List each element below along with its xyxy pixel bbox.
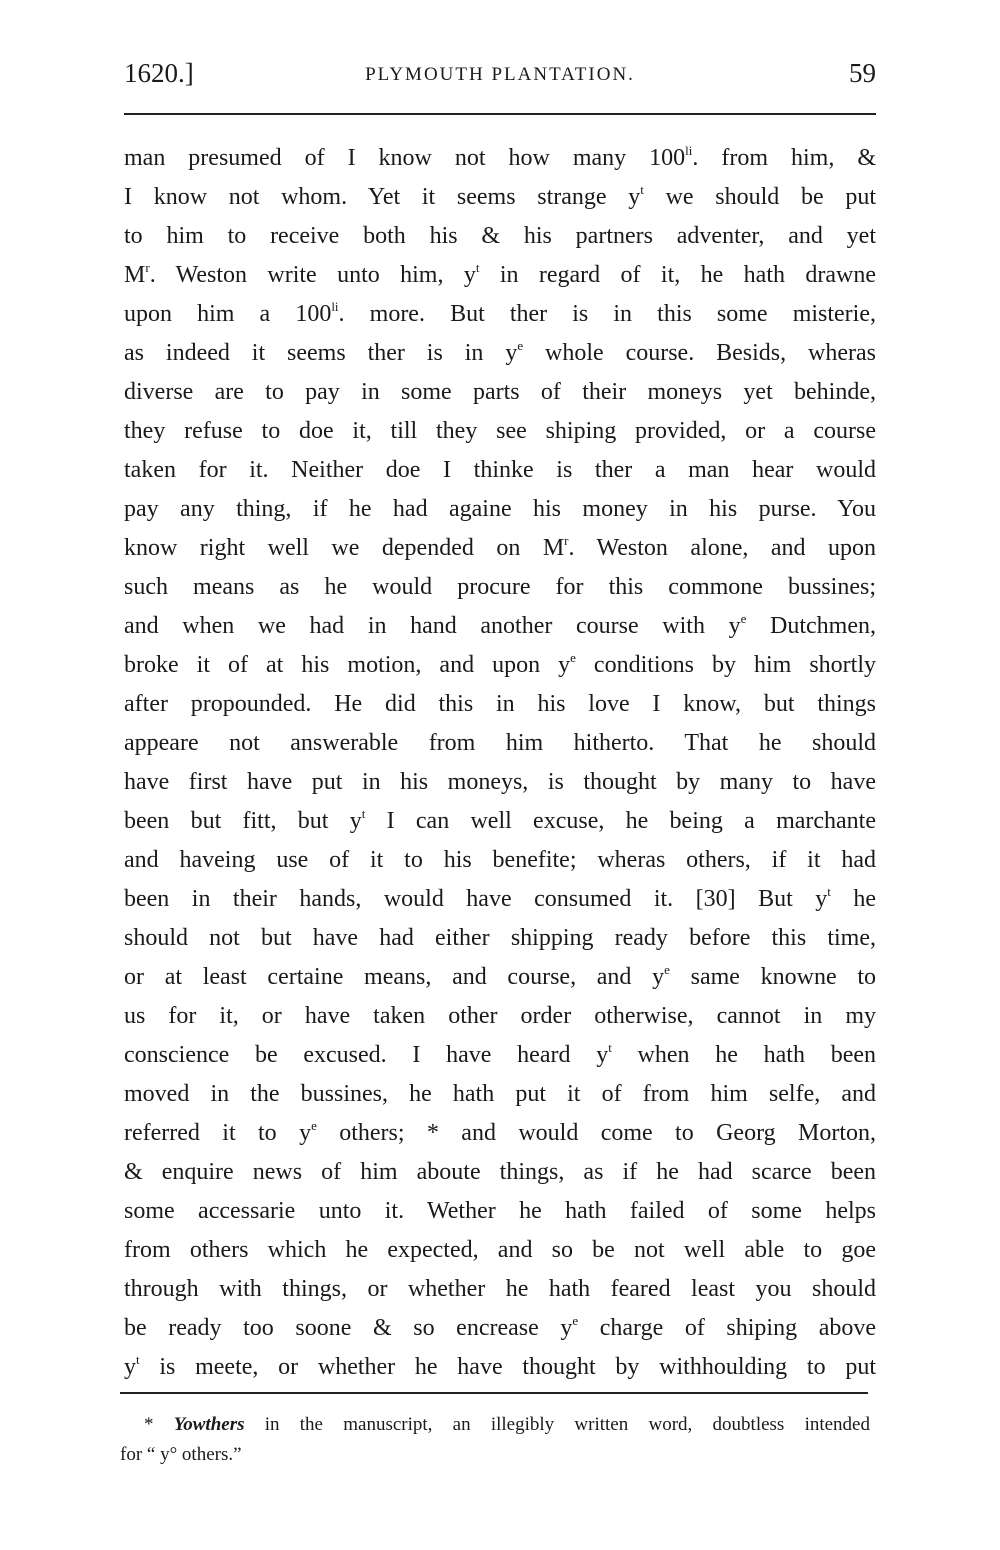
text-line: taken for it. Neither doe I thinke is th… [124,451,876,490]
text-line: yt is meete, or whether he have thought … [124,1348,876,1387]
footnote-marker: * [144,1414,154,1435]
text-line: after propounded. He did this in his lov… [124,685,876,724]
text-line: have first have put in his moneys, is th… [124,763,876,802]
running-head: 1620.] PLYMOUTH PLANTATION. 59 [124,58,876,98]
text-line: been in their hands, would have consumed… [124,880,876,919]
text-line: such means as he would procure for this … [124,568,876,607]
text-line: and haveing use of it to his benefite; w… [124,841,876,880]
text-line: referred it to ye others; * and would co… [124,1114,876,1153]
body-text: man presumed of I know not how many 100l… [124,139,876,1387]
text-line: I know not whom. Yet it seems strange yt… [124,178,876,217]
text-line: know right well we depended on Mr. Westo… [124,529,876,568]
text-line: as indeed it seems ther is in ye whole c… [124,334,876,373]
text-line: or at least certaine means, and course, … [124,958,876,997]
text-line: be ready too soone & so encrease ye char… [124,1309,876,1348]
text-line: pay any thing, if he had againe his mone… [124,490,876,529]
text-line: & enquire news of him aboute things, as … [124,1153,876,1192]
text-line: broke it of at his motion, and upon ye c… [124,646,876,685]
text-line: Mr. Weston write unto him, yt in regard … [124,256,876,295]
text-line: from others which he expected, and so be… [124,1231,876,1270]
footnote: * Yowthers in the manuscript, an illegib… [120,1410,870,1470]
text-line: and when we had in hand another course w… [124,607,876,646]
footnote-rule [120,1392,868,1394]
page-title: PLYMOUTH PLANTATION. [124,64,876,86]
footnote-line-2: for “ y° others.” [120,1444,242,1465]
header-rule [124,113,876,115]
text-line: some accessarie unto it. Wether he hath … [124,1192,876,1231]
text-line: upon him a 100li. more. But ther is in t… [124,295,876,334]
text-line: appeare not answerable from him hitherto… [124,724,876,763]
text-line: conscience be excused. I have heard yt w… [124,1036,876,1075]
text-line: man presumed of I know not how many 100l… [124,139,876,178]
text-line: been but fitt, but yt I can well excuse,… [124,802,876,841]
text-line: they refuse to doe it, till they see shi… [124,412,876,451]
text-line: to him to receive both his & his partner… [124,217,876,256]
page-number: 59 [849,58,876,89]
text-line: should not but have had either shipping … [124,919,876,958]
footnote-text-1: in the manuscript, an illegibly written … [245,1414,871,1435]
footnote-line-1: * Yowthers in the manuscript, an illegib… [120,1410,870,1440]
text-line: diverse are to pay in some parts of thei… [124,373,876,412]
text-line: through with things, or whether he hath … [124,1270,876,1309]
text-line: us for it, or have taken other order oth… [124,997,876,1036]
text-line: moved in the bussines, he hath put it of… [124,1075,876,1114]
footnote-italic-word: Yowthers [174,1414,245,1435]
